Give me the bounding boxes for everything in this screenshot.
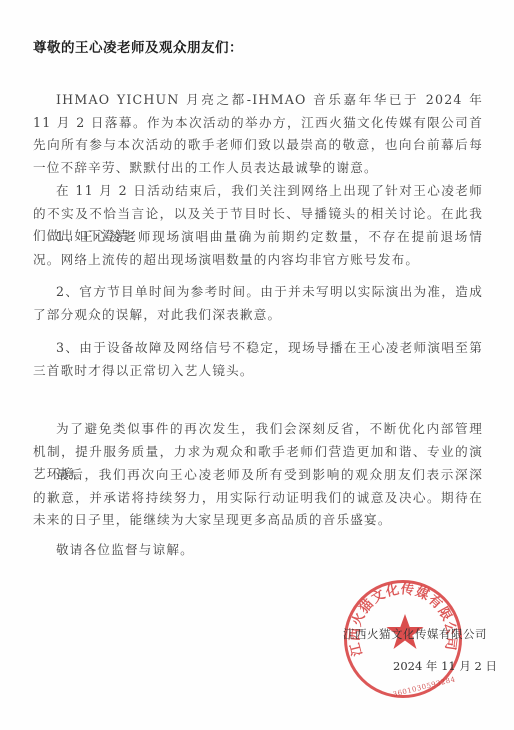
paragraph-apology: 最后，我们再次向王心凌老师及所有受到影响的观众朋友们表示深深的歉意，并承诺将持续… (33, 464, 483, 532)
paragraph-intro: IHMAO YICHUN 月亮之都-IHMAO 音乐嘉年华已于 2024 年 1… (33, 89, 483, 179)
greeting: 尊敬的王心凌老师及观众朋友们： (33, 36, 243, 56)
paragraph-point-2: 2、官方节目单时间为参考时间。由于并未写明以实际演出为准，造成了部分观众的误解，… (33, 281, 483, 326)
statement-page: 尊敬的王心凌老师及观众朋友们： IHMAO YICHUN 月亮之都-IHMAO … (0, 0, 514, 730)
signature-date: 2024 年 11 月 2 日 (393, 658, 497, 674)
paragraph-point-1: 1、王心凌老师现场演唱曲量确为前期约定数量，不存在提前退场情况。网络上流传的超出… (33, 226, 483, 271)
paragraph-closing: 敬请各位监督与谅解。 (33, 539, 483, 562)
svg-text:江西火猫文化传媒有限公司: 江西火猫文化传媒有限公司 (347, 581, 460, 658)
paragraph-point-3: 3、由于设备故障及网络信号不稳定，现场导播在王心凌老师演唱至第三首歌时才得以正常… (33, 337, 483, 382)
signature-company: 江西火猫文化传媒有限公司 (343, 626, 487, 642)
